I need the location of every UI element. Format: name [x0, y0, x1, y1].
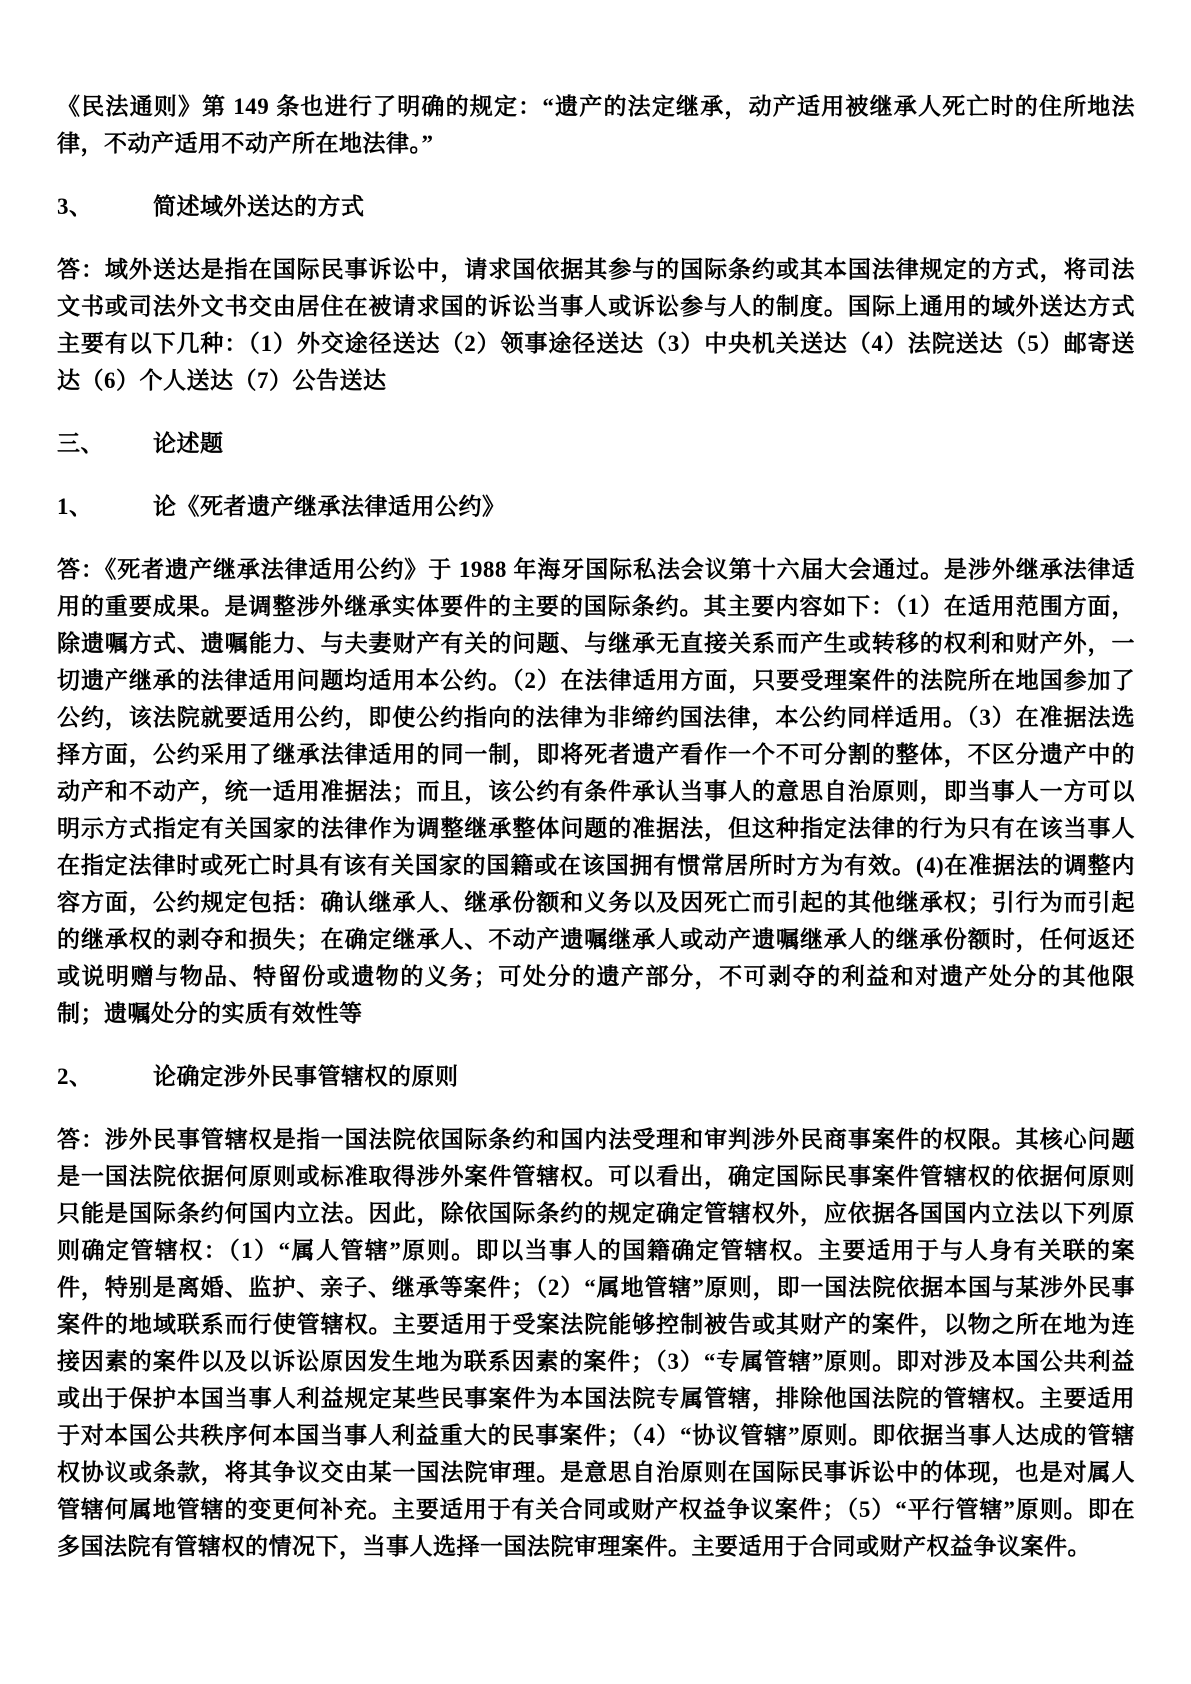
heading-number: 三、 [57, 425, 153, 462]
heading-number: 3、 [57, 188, 153, 225]
paragraph: 《民法通则》第 149 条也进行了明确的规定：“遗产的法定继承，动产适用被继承人… [57, 88, 1135, 162]
heading-title: 简述域外送达的方式 [153, 194, 365, 219]
heading-number: 1、 [57, 488, 153, 525]
document-page: 《民法通则》第 149 条也进行了明确的规定：“遗产的法定继承，动产适用被继承人… [0, 0, 1191, 1684]
heading-title: 论《死者遗产继承法律适用公约》 [153, 494, 506, 519]
document-content: 《民法通则》第 149 条也进行了明确的规定：“遗产的法定继承，动产适用被继承人… [57, 88, 1135, 1591]
question-heading: 2、论确定涉外民事管辖权的原则 [57, 1058, 1135, 1095]
paragraph: 答：涉外民事管辖权是指一国法院依国际条约和国内法受理和审判涉外民商事案件的权限。… [57, 1121, 1135, 1565]
question-heading: 三、论述题 [57, 425, 1135, 462]
paragraph: 答：《死者遗产继承法律适用公约》于 1988 年海牙国际私法会议第十六届大会通过… [57, 551, 1135, 1032]
heading-title: 论确定涉外民事管辖权的原则 [153, 1064, 459, 1089]
question-heading: 3、简述域外送达的方式 [57, 188, 1135, 225]
heading-title: 论述题 [153, 431, 224, 456]
paragraph: 答：域外送达是指在国际民事诉讼中，请求国依据其参与的国际条约或其本国法律规定的方… [57, 251, 1135, 399]
heading-number: 2、 [57, 1058, 153, 1095]
question-heading: 1、论《死者遗产继承法律适用公约》 [57, 488, 1135, 525]
